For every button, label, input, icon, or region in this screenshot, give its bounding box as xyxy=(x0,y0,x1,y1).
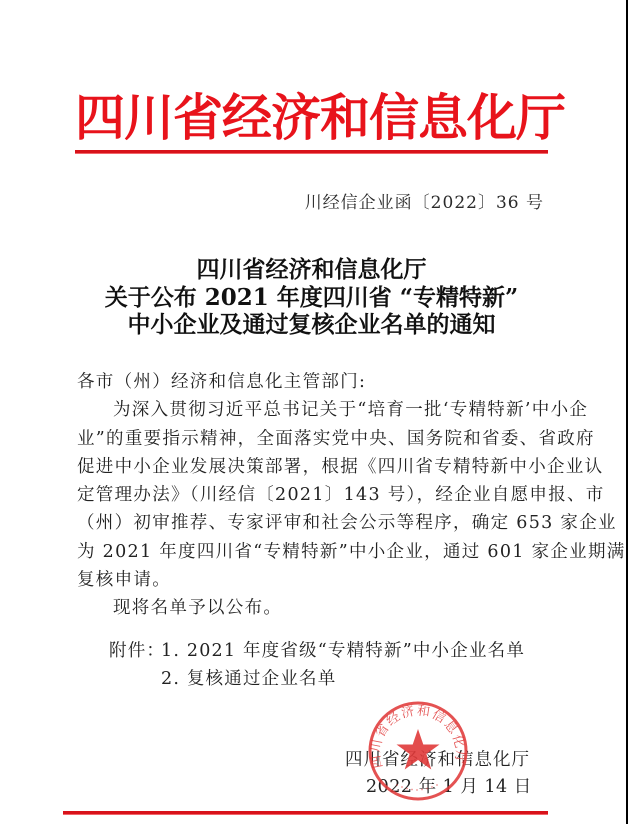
document-number: 川经信企业函〔2022〕36 号 xyxy=(305,192,544,214)
body-line: 定管理办法》（川经信〔2021〕143 号），经企业自愿申报、市 xyxy=(77,481,549,509)
attachments-list: 附件： 1. 2021 年度省级“专精特新”中小企业名单 2. 复核通过企业名单 xyxy=(109,637,525,693)
masthead-title: 四川省经济和信息化厅 xyxy=(75,88,548,148)
body-line: 为深入贯彻习近平总书记关于“培育一批‘专精特新’中小企 xyxy=(77,396,549,424)
attachments-label: 附件： xyxy=(109,637,161,665)
attachment-item-2: 2. 复核通过企业名单 xyxy=(161,665,336,693)
body-line: 促进中小企业发展决策部署，根据《四川省专精特新中小企业认 xyxy=(77,453,549,481)
body-line: 为 2021 年度四川省“专精特新”中小企业，通过 601 家企业期满 xyxy=(77,538,549,566)
body-line: （州）初审推荐、专家评审和社会公示等程序，确定 653 家企业 xyxy=(77,509,549,537)
title-line-2: 关于公布 2021 年度四川省 “专精特新” xyxy=(75,284,548,312)
title-line-1: 四川省经济和信息化厅 xyxy=(75,256,548,284)
body-line: 复核申请。 xyxy=(77,566,549,594)
notice-title: 四川省经济和信息化厅 关于公布 2021 年度四川省 “专精特新” 中小企业及通… xyxy=(75,256,548,339)
official-seal: 四川省经济和信息化厅 xyxy=(367,700,469,802)
star-icon xyxy=(397,729,440,770)
seal-serial-dots xyxy=(396,784,438,791)
title-line-3: 中小企业及通过复核企业名单的通知 xyxy=(75,311,548,339)
footer-red-rule xyxy=(63,811,548,815)
body-line: 业”的重要指示精神，全面落实党中央、国务院和省委、省政府 xyxy=(77,425,549,453)
document-page: 四川省经济和信息化厅 川经信企业函〔2022〕36 号 四川省经济和信息化厅 关… xyxy=(0,0,626,824)
masthead-red-rule xyxy=(75,150,548,154)
closing-line: 现将名单予以公布。 xyxy=(77,594,549,622)
notice-body: 各市（州）经济和信息化主管部门: 为深入贯彻习近平总书记关于“培育一批‘专精特新… xyxy=(77,368,549,623)
salutation: 各市（州）经济和信息化主管部门: xyxy=(77,368,549,396)
attachment-item-1: 1. 2021 年度省级“专精特新”中小企业名单 xyxy=(161,637,525,665)
